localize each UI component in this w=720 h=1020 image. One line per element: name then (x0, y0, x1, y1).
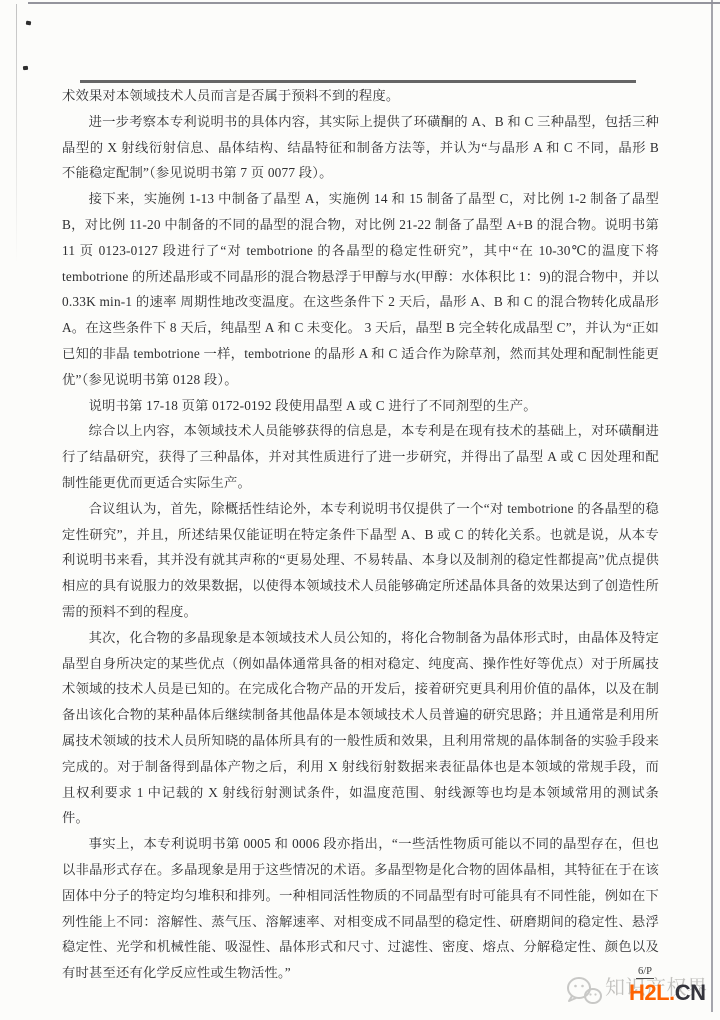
staple-mark-top (26, 21, 32, 26)
h2l-logo: H2L.CN (629, 980, 705, 1006)
paragraph-5: 综合以上内容，本领域技术人员能够获得的信息是，本专利是在现有技术的基础上，对环磺… (62, 418, 659, 495)
paragraph-7: 其次，化合物的多晶现象是本领域技术人员公知的，将化合物制备为晶体形式时，由晶体及… (62, 625, 659, 831)
paragraph-2: 进一步考察本专利说明书的具体内容，其实际上提供了环磺酮的 A、B 和 C 三种晶… (62, 109, 659, 186)
page-number: 6/P (636, 966, 654, 979)
scan-left-edge-line (16, 4, 17, 264)
wechat-icon (566, 975, 602, 1012)
scan-right-edge-line (711, 0, 713, 1012)
paragraph-6: 合议组认为，首先，除概括性结论外，本专利说明书仅提供了一个“对 tembotri… (62, 496, 659, 625)
paragraph-4: 说明书第 17-18 页第 0172-0192 段使用晶型 A 或 C 进行了不… (62, 393, 659, 419)
scanned-document-page: 术效果对本领域技术人员而言是否属于预料不到的程度。 进一步考察本专利说明书的具体… (0, 0, 720, 1020)
staple-mark-bottom (23, 66, 28, 71)
scan-top-edge-line (28, 2, 720, 4)
h2l-logo-suffix: CN (675, 980, 706, 1005)
paragraph-8: 事实上，本专利说明书第 0005 和 0006 段亦指出，“一些活性物质可能以不… (62, 831, 659, 986)
paragraph-3: 接下来，实施例 1-13 中制备了晶型 A，实施例 14 和 15 制备了晶型 … (62, 186, 659, 392)
h2l-logo-main: H2L. (629, 980, 675, 1005)
document-body: 术效果对本领域技术人员而言是否属于预料不到的程度。 进一步考察本专利说明书的具体… (62, 83, 659, 986)
paragraph-1: 术效果对本领域技术人员而言是否属于预料不到的程度。 (62, 83, 659, 109)
